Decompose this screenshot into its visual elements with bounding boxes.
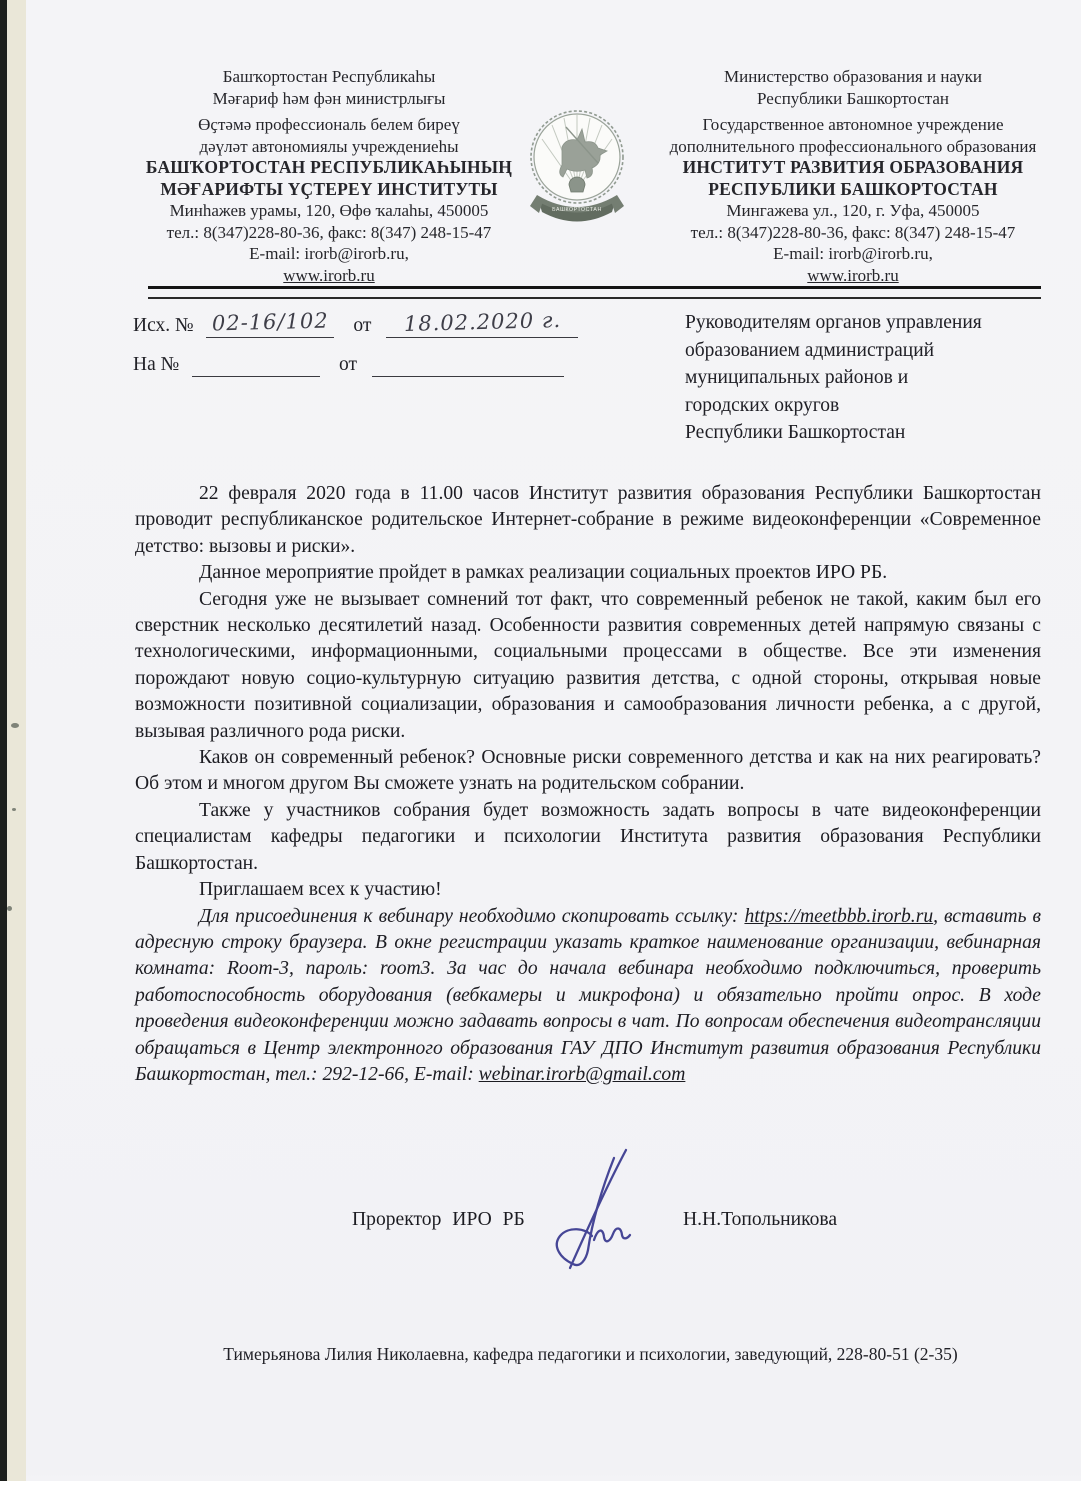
scan-edge-bottom [0,1481,1081,1500]
addressee-block: Руководителям органов управления образов… [685,309,1055,447]
lh-left-phone: тел.: 8(347)228-80-36, факс: 8(347) 248-… [128,222,530,244]
lh-right-org-name: ИНСТИТУТ РАЗВИТИЯ ОБРАЗОВАНИЯ [644,157,1062,179]
instructions-text: , вставить в адресную строку браузера. В… [135,906,1041,1085]
lh-right-line: Министерство образования и науки [644,66,1062,88]
lh-left-website-link[interactable]: www.irorb.ru [128,265,530,287]
scan-edge-dark [0,0,7,1500]
outgoing-date-field: 18.02.2020 г. [386,312,578,338]
paragraph-modern-child: Сегодня уже не вызывает сомнений тот фак… [135,587,1041,745]
lh-left-line: Башҡортостан Республикаһы [128,66,530,88]
lh-left-line: Мәғариф һәм фән министрлығы [128,88,530,110]
lh-right-phone: тел.: 8(347)228-80-36, факс: 8(347) 248-… [644,222,1062,244]
handwritten-outgoing-date: 18.02.2020 г. [403,308,561,336]
signer-position: Проректор ИРО РБ [352,1209,525,1231]
lh-left-org-name: МӘҒАРИФТЫ ҮҪТЕРЕҮ ИНСТИТУТЫ [128,179,530,201]
lh-left-line: Өҫтәмә профессиональ белем биреү [128,114,530,136]
incoming-number-label: На № [133,354,179,376]
lh-left-address: Минһажев урамы, 120, Өфө ҡалаһы, 450005 [128,200,530,222]
lh-right-website-link[interactable]: www.irorb.ru [644,265,1062,287]
incoming-number-field [192,354,320,377]
handwritten-outgoing-number: 02-16/102 [212,308,329,335]
instructions-text: Для присоединения к вебинару необходимо … [199,906,744,927]
lh-right-org-name: РЕСПУБЛИКИ БАШКОРТОСТАН [644,179,1062,201]
outgoing-number-row: Исх. № 02-16/102 от 18.02.2020 г. [133,312,673,338]
lh-left-org-name: БАШҠОРТОСТАН РЕСПУБЛИКАҺЫНЫҢ [128,157,530,179]
incoming-number-row: На № от [133,354,673,377]
webinar-url-link[interactable]: https://meetbbb.irorb.ru [744,906,933,927]
webinar-email-link[interactable]: webinar.irorb@gmail.com [479,1064,686,1085]
paragraph-announcement: 22 февраля 2020 года в 11.00 часов Инсти… [135,481,1041,560]
handwritten-signature [540,1146,652,1274]
scan-edge-paper [7,0,26,1500]
lh-right-address: Мингажева ул., 120, г. Уфа, 450005 [644,200,1062,222]
paragraph-projects: Данное мероприятие пройдет в рамках реал… [135,560,1041,586]
paragraph-invitation: Приглашаем всех к участию! [135,877,1041,903]
addressee-line: образованием администраций [685,337,1055,365]
lh-right-line: Республики Башкортостан [644,88,1062,110]
lh-left-email: E-mail: irorb@irorb.ru, [128,243,530,265]
reference-block: Исх. № 02-16/102 от 18.02.2020 г. На № о… [133,312,673,393]
addressee-line: городских округов [685,392,1055,420]
addressee-line: муниципальных районов и [685,364,1055,392]
addressee-line: Руководителям органов управления [685,309,1055,337]
lh-right-line: Государственное автономное учреждение [644,114,1062,136]
lh-right-email: E-mail: irorb@irorb.ru, [644,243,1062,265]
outgoing-number-field: 02-16/102 [206,312,334,338]
outgoing-number-label: Исх. № [133,315,194,337]
letterhead-divider-rule [148,286,1041,299]
lh-left-line: дәүләт автономиялы учреждениеһы [128,136,530,158]
letterhead-bashkir: Башҡортостан Республикаһы Мәғариф һәм фә… [128,66,530,286]
from-label: от [339,354,357,376]
letter-body: 22 февраля 2020 года в 11.00 часов Инсти… [135,481,1041,1088]
letterhead-russian: Министерство образования и науки Республ… [644,66,1062,286]
executor-contact: Тимерьянова Лилия Николаевна, кафедра пе… [130,1344,1051,1365]
coat-of-arms-bashkortostan: БАШКОРТОСТАН [526,101,628,237]
scan-speck [12,808,16,811]
signer-name: Н.Н.Топольникова [683,1209,837,1231]
scanned-letter-page: Башҡортостан Республикаһы Мәғариф һәм фә… [0,0,1081,1500]
emblem-ribbon-text: БАШКОРТОСТАН [552,207,602,213]
from-label: от [353,315,371,337]
addressee-line: Республики Башкортостан [685,419,1055,447]
paragraph-chat: Также у участников собрания будет возмож… [135,798,1041,877]
scan-speck [7,906,12,911]
incoming-date-field [372,354,564,377]
paragraph-instructions: Для присоединения к вебинару необходимо … [135,904,1041,1089]
scan-speck [11,723,19,728]
lh-right-line: дополнительного профессионального образо… [644,136,1062,158]
paragraph-questions: Каков он современный ребенок? Основные р… [135,745,1041,798]
